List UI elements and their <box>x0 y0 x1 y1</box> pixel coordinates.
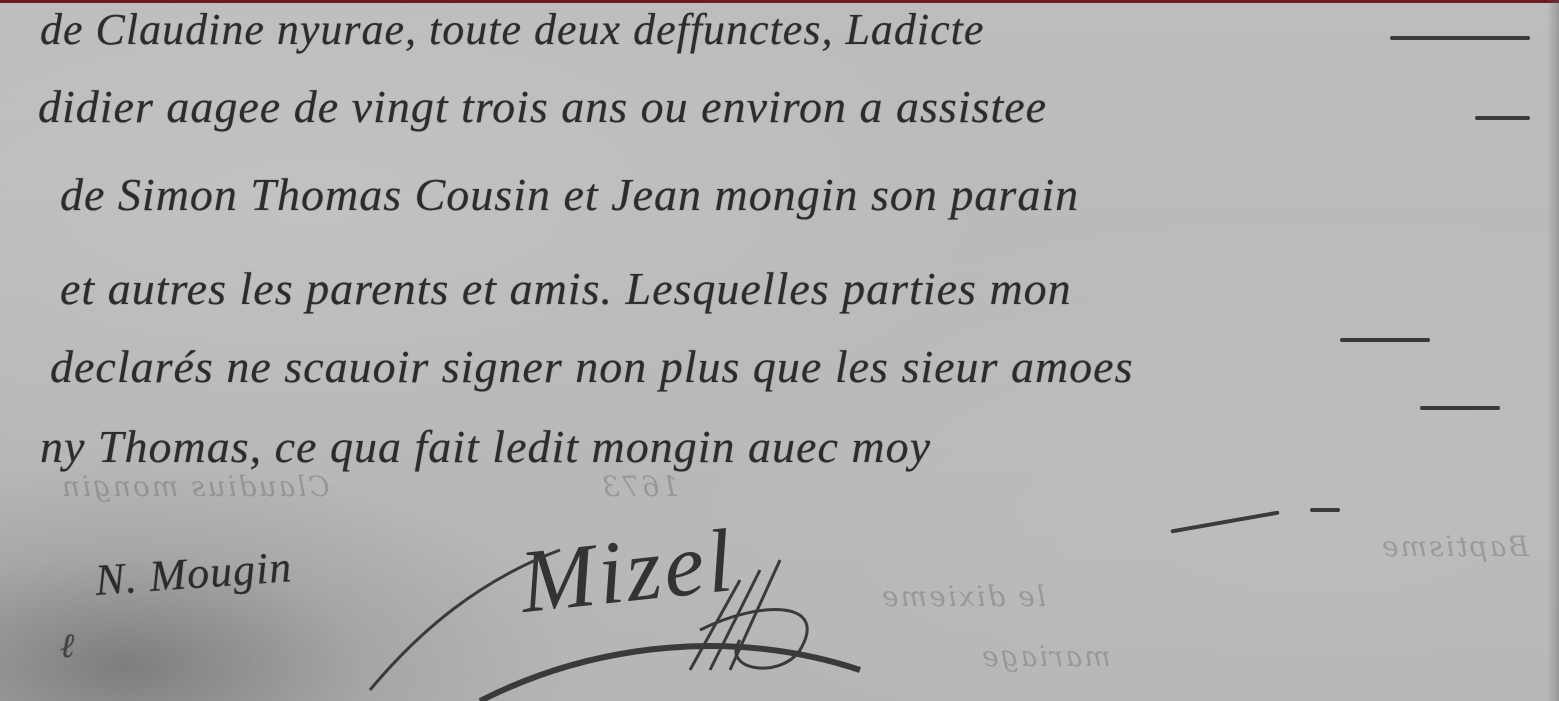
page-edge-shadow <box>1547 0 1559 701</box>
text-line-5: declarés ne scauoir signer non plus que … <box>50 340 1134 393</box>
bleed-through-text: 1673 <box>600 470 679 503</box>
text-line-4: et autres les parents et amis. Lesquelle… <box>60 262 1072 315</box>
bleed-through-text: Baptisme <box>1380 530 1529 563</box>
line-filler-dash <box>1340 338 1430 342</box>
top-border <box>0 0 1559 3</box>
line-filler-dash <box>1170 510 1279 533</box>
line-filler-dash <box>1475 116 1530 120</box>
partial-text-fragment: ℓ <box>60 628 75 666</box>
line-filler-dash <box>1420 406 1500 410</box>
line-filler-dash <box>1310 508 1340 512</box>
text-line-6: ny Thomas, ce qua fait ledit mongin auec… <box>40 420 931 473</box>
text-line-2: didier aagee de vingt trois ans ou envir… <box>38 80 1047 133</box>
bleed-through-text: Claudius mongin <box>60 470 330 503</box>
text-line-1: de Claudine nyurae, toute deux deffuncte… <box>40 4 984 55</box>
manuscript-scan: Claudius mongin 1673 Baptisme le dixieme… <box>0 0 1559 701</box>
bleed-through-text: mariage <box>980 640 1111 673</box>
signature-flourish-icon <box>360 520 920 701</box>
line-filler-dash <box>1390 36 1530 40</box>
text-line-3: de Simon Thomas Cousin et Jean mongin so… <box>60 168 1079 221</box>
signature-left: N. Mougin <box>93 541 293 606</box>
